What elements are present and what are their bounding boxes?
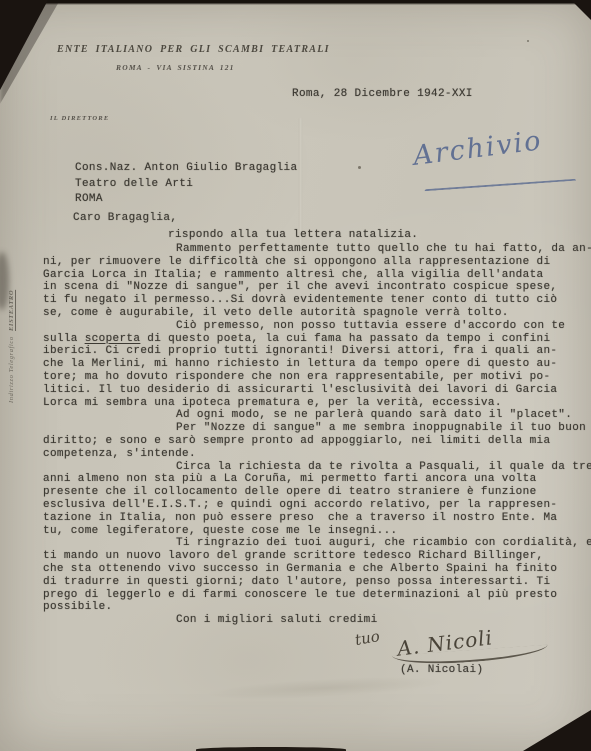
body-line: tazione in Italia, non può essere preso … <box>43 512 588 525</box>
underlined-word: scoperta <box>85 333 141 345</box>
letter-body: Rammento perfettamente tutto quello che … <box>43 243 588 627</box>
body-line: presente che il collocamento delle opere… <box>43 486 588 499</box>
letterhead-director-label: IL DIRETTORE <box>50 115 109 122</box>
body-line: sulla scoperta di questo poeta, la cui f… <box>43 333 588 346</box>
telegraph-address-side-note: Indirizzo Telegrafico EISTEATRO <box>8 283 15 403</box>
body-line: Ad ogni modo, se ne parlerà quando sarà … <box>43 409 588 422</box>
body-line: Ti ringrazio dei tuoi auguri, che ricamb… <box>43 537 588 550</box>
body-line: Garcia Lorca in Italia; e rammento altre… <box>43 269 588 282</box>
body-line: possibile. <box>43 601 588 614</box>
scan-edge-top <box>0 0 591 5</box>
date-line: Roma, 28 Dicembre 1942-XXI <box>292 88 473 100</box>
body-line: litici. Il tuo desiderio di assicurarti … <box>43 384 588 397</box>
body-line: tore; ma ho dovuto rispondere che non er… <box>43 371 588 384</box>
body-line: iberici. Ci credi proprio tutti ignorant… <box>43 345 588 358</box>
body-line: anni almeno non sta più a La Coruña, mi … <box>43 473 588 486</box>
letterhead-address: ROMA - VIA SISTINA 121 <box>116 63 235 72</box>
body-line: ni, per rimuovere le difficoltà che si o… <box>43 256 588 269</box>
body-line: Ciò premesso, non posso tuttavia essere … <box>43 320 588 333</box>
paper-speck <box>527 40 529 42</box>
body-line: Per "Nozze di sangue" a me sembra inoppu… <box>43 422 588 435</box>
signature-typed-name: (A. Nicolai) <box>400 664 483 676</box>
body-line: prego di leggerlo e di farmi conoscere l… <box>43 589 588 602</box>
body-line: di tradurre in questi giorni; dato l'aut… <box>43 576 588 589</box>
body-line: tu, come legiferatore, queste cose me le… <box>43 525 588 538</box>
body-line: Circa la richiesta da te rivolta a Pasqu… <box>43 461 588 474</box>
body-line: competenza, s'intende. <box>43 448 588 461</box>
body-line: Rammento perfettamente tutto quello che … <box>43 243 588 256</box>
body-line: che sta ottenendo vivo successo in Germa… <box>43 563 588 576</box>
letterhead-organization: ENTE ITALIANO PER GLI SCAMBI TEATRALI <box>57 44 330 55</box>
body-line: se, come è augurabile, il veto delle aut… <box>43 307 588 320</box>
body-line: Lorca mi sembra una ipoteca prematura e,… <box>43 397 588 410</box>
closing-line: Con i migliori saluti credimi <box>43 614 588 627</box>
recipient-block: Cons.Naz. Anton Giulio BragagliaTeatro d… <box>75 161 297 208</box>
salutation: Caro Bragaglia, <box>73 212 177 224</box>
body-line: esclusiva dell'E.I.S.T.; e quindi ogni a… <box>43 499 588 512</box>
telegraph-label: Indirizzo Telegrafico <box>8 336 15 403</box>
telegraph-value: EISTEATRO <box>8 290 15 331</box>
body-line: ti mando un nuovo lavoro del grande scri… <box>43 550 588 563</box>
opening-line: rispondo alla tua lettera natalizia. <box>168 229 418 241</box>
body-line: ti fu negato il permesso...Si dovrà evid… <box>43 294 588 307</box>
scan-edge-bottom <box>196 747 346 751</box>
recipient-line: ROMA <box>75 192 297 208</box>
recipient-line: Cons.Naz. Anton Giulio Bragaglia <box>75 161 297 177</box>
recipient-line: Teatro delle Arti <box>75 177 297 193</box>
body-line: che la Merlini, mi hanno richiesto in le… <box>43 358 588 371</box>
paper-speck <box>358 166 361 169</box>
letter-scan: ENTE ITALIANO PER GLI SCAMBI TEATRALI RO… <box>0 0 591 751</box>
body-line: diritto; e sono e sarò sempre pronto ad … <box>43 435 588 448</box>
body-line: in scena di "Nozze di sangue", per il ch… <box>43 281 588 294</box>
